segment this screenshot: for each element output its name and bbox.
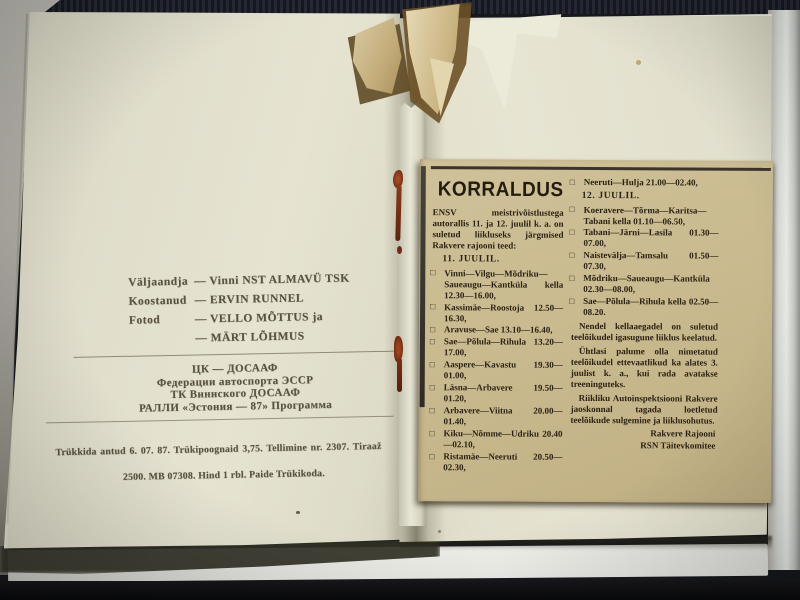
day1-header: 11. JUULIL. [442,254,563,266]
checkbox-icon: □ [429,451,434,461]
credit-value: — VELLO MÕTTUS ja [195,308,323,329]
day2-header: 12. JUULIL. [582,191,719,203]
imprint-line-1: Trükkida antud 6. 07. 87. Trükipoognaid … [55,441,401,459]
route-item: □ Sae—Põlula—Rihula 13.20—17.00, [432,337,563,360]
checkbox-icon: □ [430,324,435,334]
route-item: □ Koeravere—Tõrma—Karitsa—Tabani kella 0… [572,204,719,227]
checkbox-icon: □ [430,267,435,277]
checkbox-icon: □ [569,250,574,260]
imprint-block: Trükkida antud 6. 07. 87. Trükipoognaid … [45,441,402,485]
divider-rule-bottom [46,416,394,424]
credit-value: — MÄRT LÕHMUS [195,327,305,348]
route-item: □ Arbavere—Viitna 20.00—01.40, [431,405,562,428]
checkbox-icon: □ [430,336,435,346]
route-text: Sae—Põlula—Rihula 13.20—17.00, [444,337,563,358]
checkbox-icon: □ [430,382,435,392]
route-text: Mõdriku—Saueaugu—Kantküla 02.30—08.00, [583,273,710,294]
checkbox-icon: □ [569,227,574,237]
route-item: □ Vinni—Vilgu—Mõdriku—Saueaugu—Kantküla … [432,268,563,302]
route-text: Neeruti—Hulja 21.00—02.40, [584,177,698,188]
checkbox-icon: □ [430,405,435,415]
route-item: □ Aaspere—Kavastu 19.30—01.00, [432,360,563,383]
route-item: □ Kiku—Nõmme—Udriku 20.40—02.10, [431,428,562,451]
credits-block: Väljaandja — Vinni NST ALMAVÜ TSK Koosta… [128,269,399,350]
organizers-block: ЦК — ДОСААФ Федерации автоспорта ЭССР ТК… [70,360,401,416]
torn-fragments-group [338,0,568,135]
route-text: Arbavere—Viitna 20.00—01.40, [443,405,562,426]
divider-rule-top [74,351,398,358]
paper-speck [296,511,300,514]
paper-stain [636,60,641,65]
newspaper-clipping: KORRALDUS ENSV meistrivõistlustega autor… [418,159,773,503]
checkbox-icon: □ [570,204,575,214]
route-text: Läsna—Arbavere 19.50—01.20, [444,383,563,404]
credit-row: — MÄRT LÕHMUS [129,326,399,350]
route-item: □ Mõdriku—Saueaugu—Kantküla 02.30—08.00, [571,273,718,296]
background-bottom [0,581,800,600]
route-item: □ Kassimäe—Roostoja 12.50—16.30, [432,302,563,325]
page-edges-right [768,10,800,570]
checkbox-icon: □ [569,273,574,283]
checkbox-icon: □ [430,301,435,311]
route-item: □ Ristamäe—Neeruti 20.50—02.30, [431,451,562,474]
checkbox-icon: □ [569,296,574,306]
signature-line: RSN Täitevkomitee [570,440,715,452]
credit-label: Väljaandja [128,273,194,293]
checkbox-icon: □ [429,428,434,438]
route-item: □ Naistevälja—Tamsalu 01.50—07.30, [571,250,718,273]
clipping-intro: ENSV meistrivõistlustega autorallis 11. … [432,207,563,252]
route-list-day1: □ Vinni—Vilgu—Mõdriku—Saueaugu—Kantküla … [431,268,563,474]
clipping-paragraph: Riikliku Autoinspektsiooni Rakvere jaosk… [571,393,718,427]
route-item: □ Sae—Põlula—Rihula kella 02.50—08.20. [571,296,718,319]
route-item: □ Läsna—Arbavere 19.50—01.20, [432,382,563,405]
signature-block: Rakvere Rajooni RSN Täitevkomitee [570,428,717,452]
route-text: Naistevälja—Tamsalu 01.50—07.30, [583,250,718,271]
route-text: Ristamäe—Neeruti 20.50—02.30, [443,451,562,472]
checkbox-icon: □ [570,176,575,186]
route-text: Aravuse—Sae 13.10—16.40, [444,325,553,336]
checkbox-icon: □ [430,359,435,369]
credit-value: — Vinni NST ALMAVÜ TSK [194,270,350,292]
credit-label: Koostanud [128,292,194,312]
route-text: Aaspere—Kavastu 19.30—01.00, [444,360,563,381]
route-text: Kassimäe—Roostoja 12.50—16.30, [444,302,563,323]
wax-drip-dot [397,246,402,254]
credit-label [129,330,195,350]
route-list-day2: □ Koeravere—Tõrma—Karitsa—Tabani kella 0… [571,204,719,318]
route-item: □ Aravuse—Sae 13.10—16.40, [432,325,563,337]
route-text: Sae—Põlula—Rihula kella 02.50—08.20. [583,296,718,317]
wax-drip-bottom-trail [397,358,402,392]
clipping-title: KORRALDUS [438,177,564,203]
signature-line: Rakvere Rajooni [570,428,715,440]
route-item: □ Neeruti—Hulja 21.00—02.40, [572,177,719,189]
credit-value: — ERVIN RUNNEL [194,289,304,310]
clipping-body: KORRALDUS ENSV meistrivõistlustega autor… [418,159,773,476]
closing-paragraphs: Nendel kellaaegadel on suletud teelõikud… [571,321,719,426]
clipping-column-1: KORRALDUS ENSV meistrivõistlustega autor… [431,176,564,475]
route-text: Kiku—Nõmme—Udriku 20.40—02.10, [443,428,562,449]
route-list-day1-continued: □ Neeruti—Hulja 21.00—02.40, [572,177,719,189]
credit-label: Fotod [129,311,195,331]
route-text: Vinni—Vilgu—Mõdriku—Saueaugu—Kantküla ke… [444,268,563,300]
clipping-column-2: □ Neeruti—Hulja 21.00—02.40, 12. JUULIL.… [570,177,719,476]
route-item: □ Tabani—Järni—Lasila 01.30—07.00, [571,227,718,250]
left-page-content: Väljaandja — Vinni NST ALMAVÜ TSK Koosta… [42,269,402,485]
route-text: Koeravere—Tõrma—Karitsa—Tabani kella 01.… [584,204,707,225]
clipping-paragraph: Nendel kellaaegadel on suletud teelõikud… [571,321,718,344]
route-text: Tabani—Järni—Lasila 01.30—07.00, [583,227,718,248]
photo-of-open-booklet: Väljaandja — Vinni NST ALMAVÜ TSK Koosta… [0,0,800,600]
clipping-paragraph: Ühtlasi palume olla nimetatud teelõikude… [571,346,718,391]
paper-speck [438,530,441,533]
